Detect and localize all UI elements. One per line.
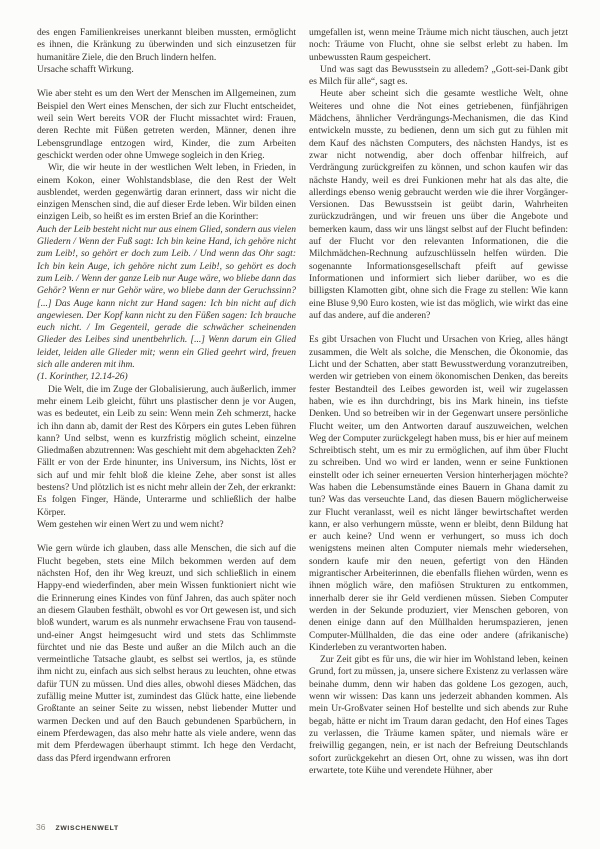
paragraph-westliche-welt: Wir, die wir heute in der westlichen Wel… <box>37 162 296 223</box>
paragraph-spacer <box>37 76 296 88</box>
paragraph-spacer <box>309 322 568 334</box>
paragraph-ursache: Ursache schafft Wirkung. <box>37 64 296 76</box>
left-column: des engen Familienkreises unerkannt blei… <box>37 27 296 777</box>
paragraph-continuation: des engen Familienkreises unerkannt blei… <box>37 27 296 64</box>
text-columns: des engen Familienkreises unerkannt blei… <box>37 27 567 777</box>
paragraph-bewusstsein: Und was sagt das Bewusstsein zu alledem?… <box>309 64 568 89</box>
bible-quote: Auch der Leib besteht nicht nur aus eine… <box>37 224 296 372</box>
paragraph-heute-aber: Heute aber scheint sich die gesamte west… <box>309 88 568 322</box>
page-number: 36 <box>36 822 45 832</box>
page-footer: 36 ZWISCHENWELT <box>36 822 119 832</box>
right-column: umgefallen ist, wenn meine Träume mich n… <box>309 27 568 777</box>
paragraph-milch-glauben: Wie gern würde ich glauben, dass alle Me… <box>37 543 296 764</box>
paragraph-globalisierung: Die Welt, die im Zuge der Globalisierung… <box>37 384 296 519</box>
paragraph-zur-zeit: Zur Zeit gibt es für uns, die wir hier i… <box>309 654 568 777</box>
paragraph-umgefallen: umgefallen ist, wenn meine Träume mich n… <box>309 27 568 64</box>
paragraph-wert-der-menschen: Wie aber steht es um den Wert der Mensch… <box>37 88 296 162</box>
paragraph-wert-frage: Wem gestehen wir einen Wert zu und wem n… <box>37 519 296 531</box>
paragraph-spacer <box>37 531 296 543</box>
magazine-page: des engen Familienkreises unerkannt blei… <box>0 0 600 849</box>
journal-name: ZWISCHENWELT <box>55 825 118 832</box>
paragraph-ursachen-flucht: Es gibt Ursachen von Flucht und Ursachen… <box>309 334 568 654</box>
bible-quote-source: (1. Korinther, 12.14-26) <box>37 371 296 383</box>
